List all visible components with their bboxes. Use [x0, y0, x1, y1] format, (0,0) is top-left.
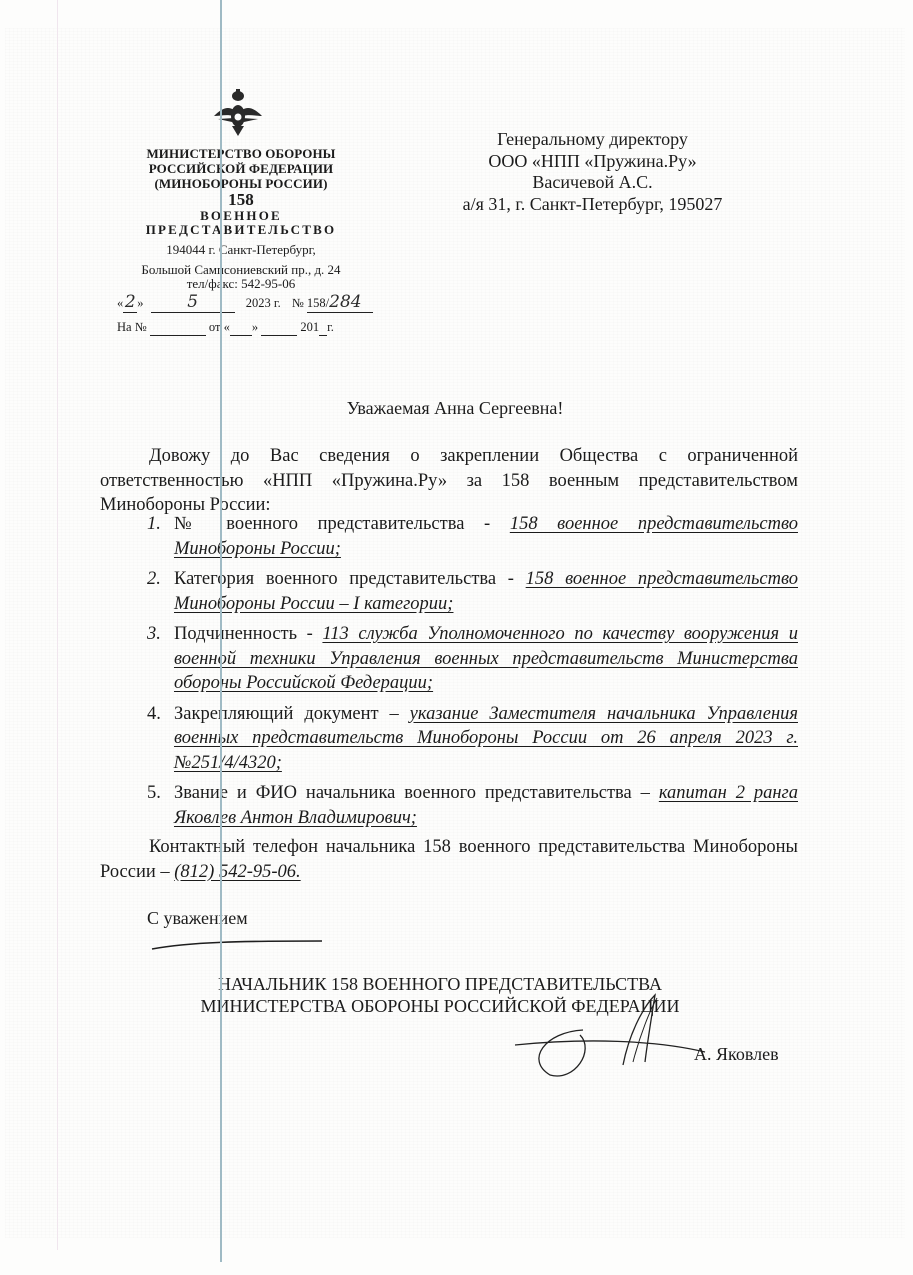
contact-phone: (812) 542-95-06. [174, 862, 300, 882]
addressee-line-4: а/я 31, г. Санкт-Петербург, 195027 [440, 194, 745, 216]
reference-line: На № от « » 201 г. [117, 320, 397, 336]
org-line-3: (МИНОБОРОНЫ РОССИИ) [110, 176, 372, 191]
unit-line-2: ПРЕДСТАВИТЕЛЬСТВО [110, 223, 372, 237]
scan-artifact-line [220, 0, 222, 1262]
unit-line-1: ВОЕННОЕ [110, 209, 372, 223]
letterhead-address: 194044 г. Санкт-Петербург, Большой Сампс… [110, 243, 372, 291]
contact-paragraph: Контактный телефон начальника 158 военно… [100, 835, 798, 884]
phone-line: тел/факс: 542-95-06 [110, 277, 372, 291]
double-headed-eagle-emblem-icon [210, 86, 266, 142]
ref-number-blank [150, 320, 206, 336]
address-line-2: Большой Сампсониевский пр., д. 24 [110, 263, 372, 277]
registration-line: «2» 5 2023 г. № 158/284 [117, 292, 397, 313]
addressee-line-1: Генеральному директору [440, 129, 745, 151]
handwritten-stroke [150, 938, 325, 952]
addressee-block: Генеральному директору ООО «НПП «Пружина… [440, 129, 745, 215]
org-line-2: РОССИЙСКОЙ ФЕДЕРАЦИИ [110, 161, 372, 176]
unit-number: 158 [110, 191, 372, 209]
addressee-line-2: ООО «НПП «Пружина.Ру» [440, 151, 745, 173]
details-list: 1. № военного представительства - 158 во… [142, 512, 798, 836]
list-item: 1. № военного представительства - 158 во… [142, 512, 798, 561]
signatory-name: А. Яковлев [694, 1044, 779, 1065]
list-item: 4. Закрепляющий документ – указание Заме… [142, 702, 798, 776]
list-item: 3. Подчиненность - 113 служба Уполномоче… [142, 622, 798, 696]
addressee-line-3: Васичевой А.С. [440, 172, 745, 194]
reg-day: 2 [123, 292, 137, 313]
reg-number: 158/284 [307, 292, 373, 313]
list-item: 5. Звание и ФИО начальника военного пред… [142, 781, 798, 830]
org-line-1: МИНИСТЕРСТВО ОБОРОНЫ [110, 146, 372, 161]
reg-month: 5 [151, 292, 235, 313]
reg-year: 2023 г. [246, 296, 281, 310]
letterhead-org: МИНИСТЕРСТВО ОБОРОНЫ РОССИЙСКОЙ ФЕДЕРАЦИ… [110, 146, 372, 237]
address-line-1: 194044 г. Санкт-Петербург, [110, 243, 372, 257]
intro-paragraph: Довожу до Вас сведения о закреплении Общ… [100, 444, 798, 518]
greeting: Уважаемая Анна Сергеевна! [100, 398, 810, 419]
closing: С уважением [147, 908, 248, 929]
signature-icon [505, 990, 720, 1085]
list-item: 2. Категория военного представительства … [142, 567, 798, 616]
scan-artifact-line-faint [57, 0, 58, 1250]
